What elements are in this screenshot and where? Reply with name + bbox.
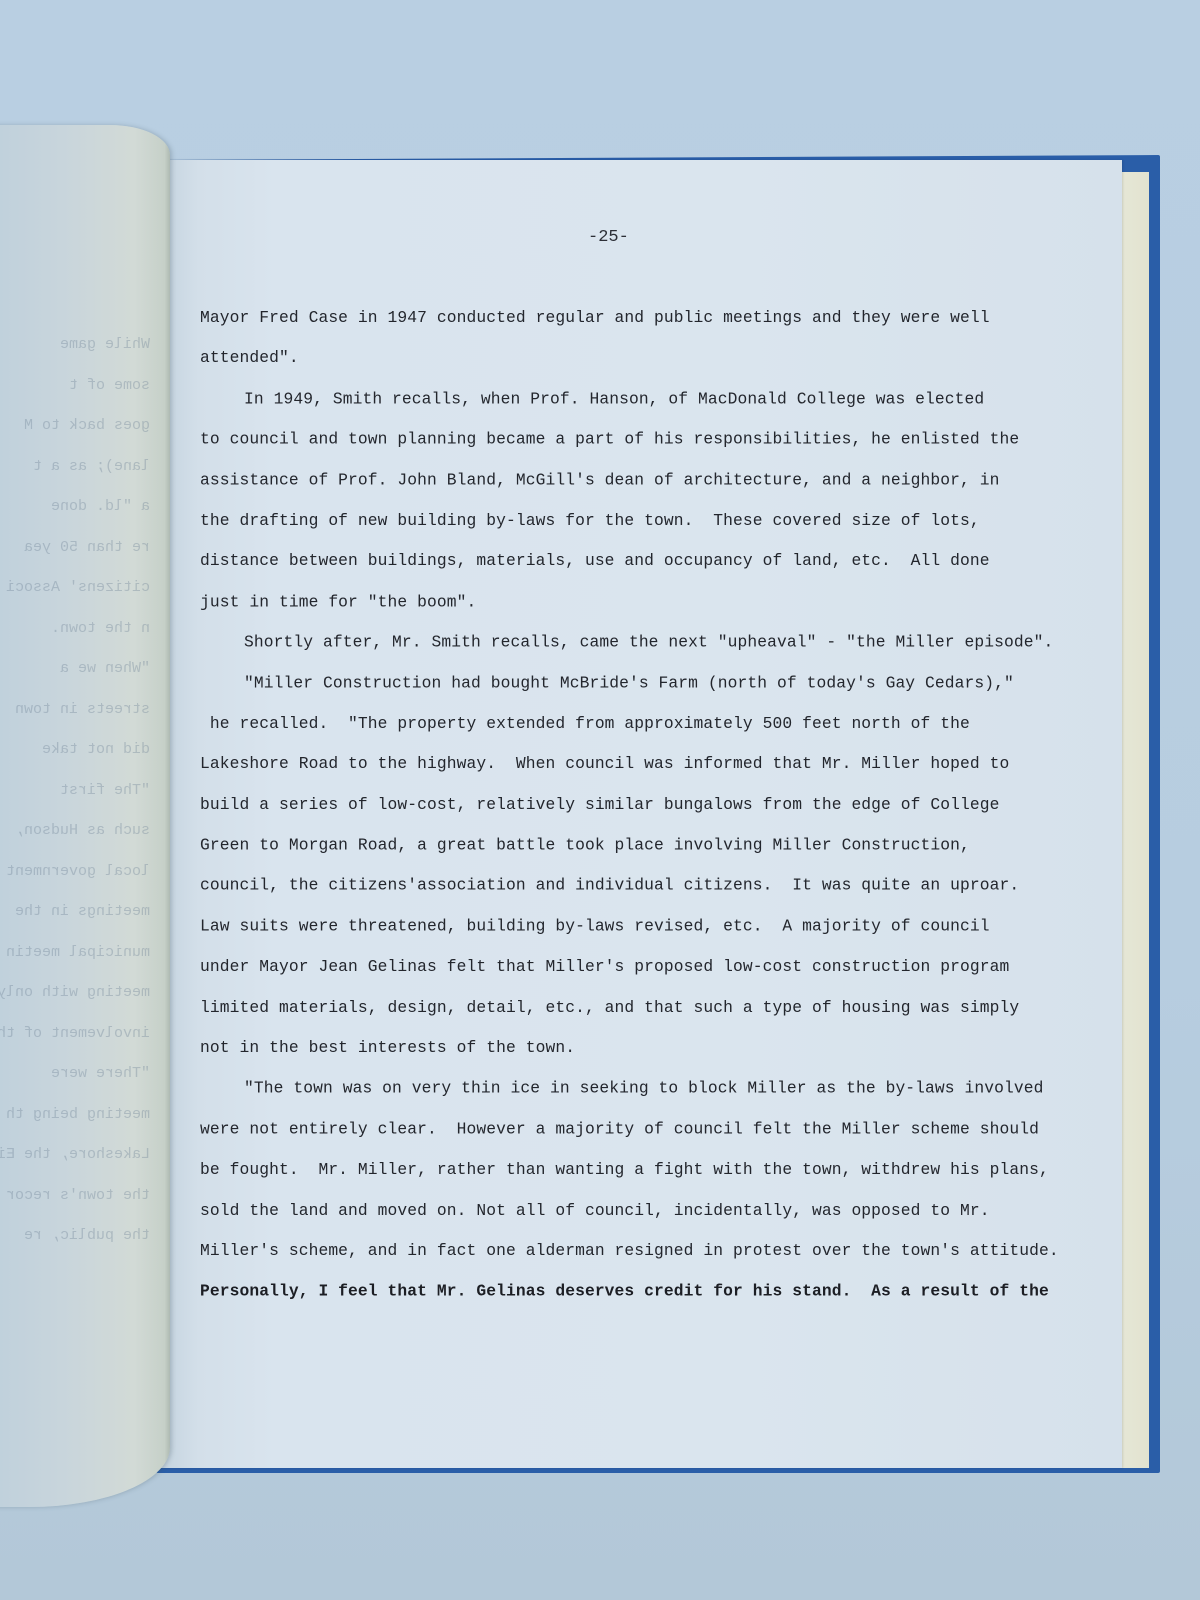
text-line: he recalled. "The property extended from… <box>200 704 1080 744</box>
text-line: Green to Morgan Road, a great battle too… <box>200 825 1080 865</box>
text-line: just in time for "the boom". <box>200 582 1080 622</box>
text-line: Personally, I feel that Mr. Gelinas dese… <box>200 1272 1080 1312</box>
left-page-showthrough-text: While gamesome of tgoes back to Mlane); … <box>10 325 150 1257</box>
text-line: the drafting of new building by-laws for… <box>200 501 1080 541</box>
text-line: council, the citizens'association and in… <box>200 866 1080 906</box>
left-page-curl: While gamesome of tgoes back to Mlane); … <box>0 125 170 1507</box>
showthrough-line: "There were <box>10 1054 150 1095</box>
showthrough-line: a "ld. done <box>10 487 150 528</box>
showthrough-line: "The first <box>10 771 150 812</box>
text-line: Law suits were threatened, building by-l… <box>200 907 1080 947</box>
showthrough-line: involvement of th <box>10 1014 150 1055</box>
text-line: Shortly after, Mr. Smith recalls, came t… <box>200 623 1080 663</box>
showthrough-line: lane); as a t <box>10 447 150 488</box>
text-line: In 1949, Smith recalls, when Prof. Hanso… <box>200 379 1080 419</box>
page-number: -25- <box>588 228 629 247</box>
text-line: sold the land and moved on. Not all of c… <box>200 1191 1080 1231</box>
showthrough-line: did not take <box>10 730 150 771</box>
text-line: distance between buildings, materials, u… <box>200 541 1080 581</box>
showthrough-line: the town's recor <box>10 1176 150 1217</box>
text-line: assistance of Prof. John Bland, McGill's… <box>200 460 1080 500</box>
text-line: under Mayor Jean Gelinas felt that Mille… <box>200 947 1080 987</box>
showthrough-line: local government <box>10 852 150 893</box>
text-line: build a series of low-cost, relatively s… <box>200 785 1080 825</box>
showthrough-line: the public, re <box>10 1216 150 1257</box>
text-line: limited materials, design, detail, etc.,… <box>200 988 1080 1028</box>
text-line: attended". <box>200 339 1080 379</box>
showthrough-line: citizens' Associ <box>10 568 150 609</box>
showthrough-line: goes back to M <box>10 406 150 447</box>
showthrough-line: streets in town <box>10 690 150 731</box>
text-line: be fought. Mr. Miller, rather than wanti… <box>200 1150 1080 1190</box>
text-line: Mayor Fred Case in 1947 conducted regula… <box>200 298 1080 338</box>
text-line: "Miller Construction had bought McBride'… <box>200 663 1080 703</box>
showthrough-line: "When we a <box>10 649 150 690</box>
text-line: "The town was on very thin ice in seekin… <box>200 1069 1080 1109</box>
showthrough-line: meetings in the <box>10 892 150 933</box>
showthrough-line: re than 50 yea <box>10 528 150 569</box>
page-body-text: Mayor Fred Case in 1947 conducted regula… <box>200 298 1080 1308</box>
text-line: were not entirely clear. However a major… <box>200 1109 1080 1149</box>
showthrough-line: municipal meetin <box>10 933 150 974</box>
showthrough-line: meeting with only <box>10 973 150 1014</box>
showthrough-line: Lakeshore, the Ei <box>10 1135 150 1176</box>
showthrough-line: n the town. <box>10 609 150 650</box>
showthrough-line: meeting being th <box>10 1095 150 1136</box>
text-line: Miller's scheme, and in fact one alderma… <box>200 1231 1080 1271</box>
text-line: not in the best interests of the town. <box>200 1028 1080 1068</box>
showthrough-line: While game <box>10 325 150 366</box>
showthrough-line: such as Hudson, <box>10 811 150 852</box>
text-line: to council and town planning became a pa… <box>200 420 1080 460</box>
text-line: Lakeshore Road to the highway. When coun… <box>200 744 1080 784</box>
showthrough-line: some of t <box>10 366 150 407</box>
